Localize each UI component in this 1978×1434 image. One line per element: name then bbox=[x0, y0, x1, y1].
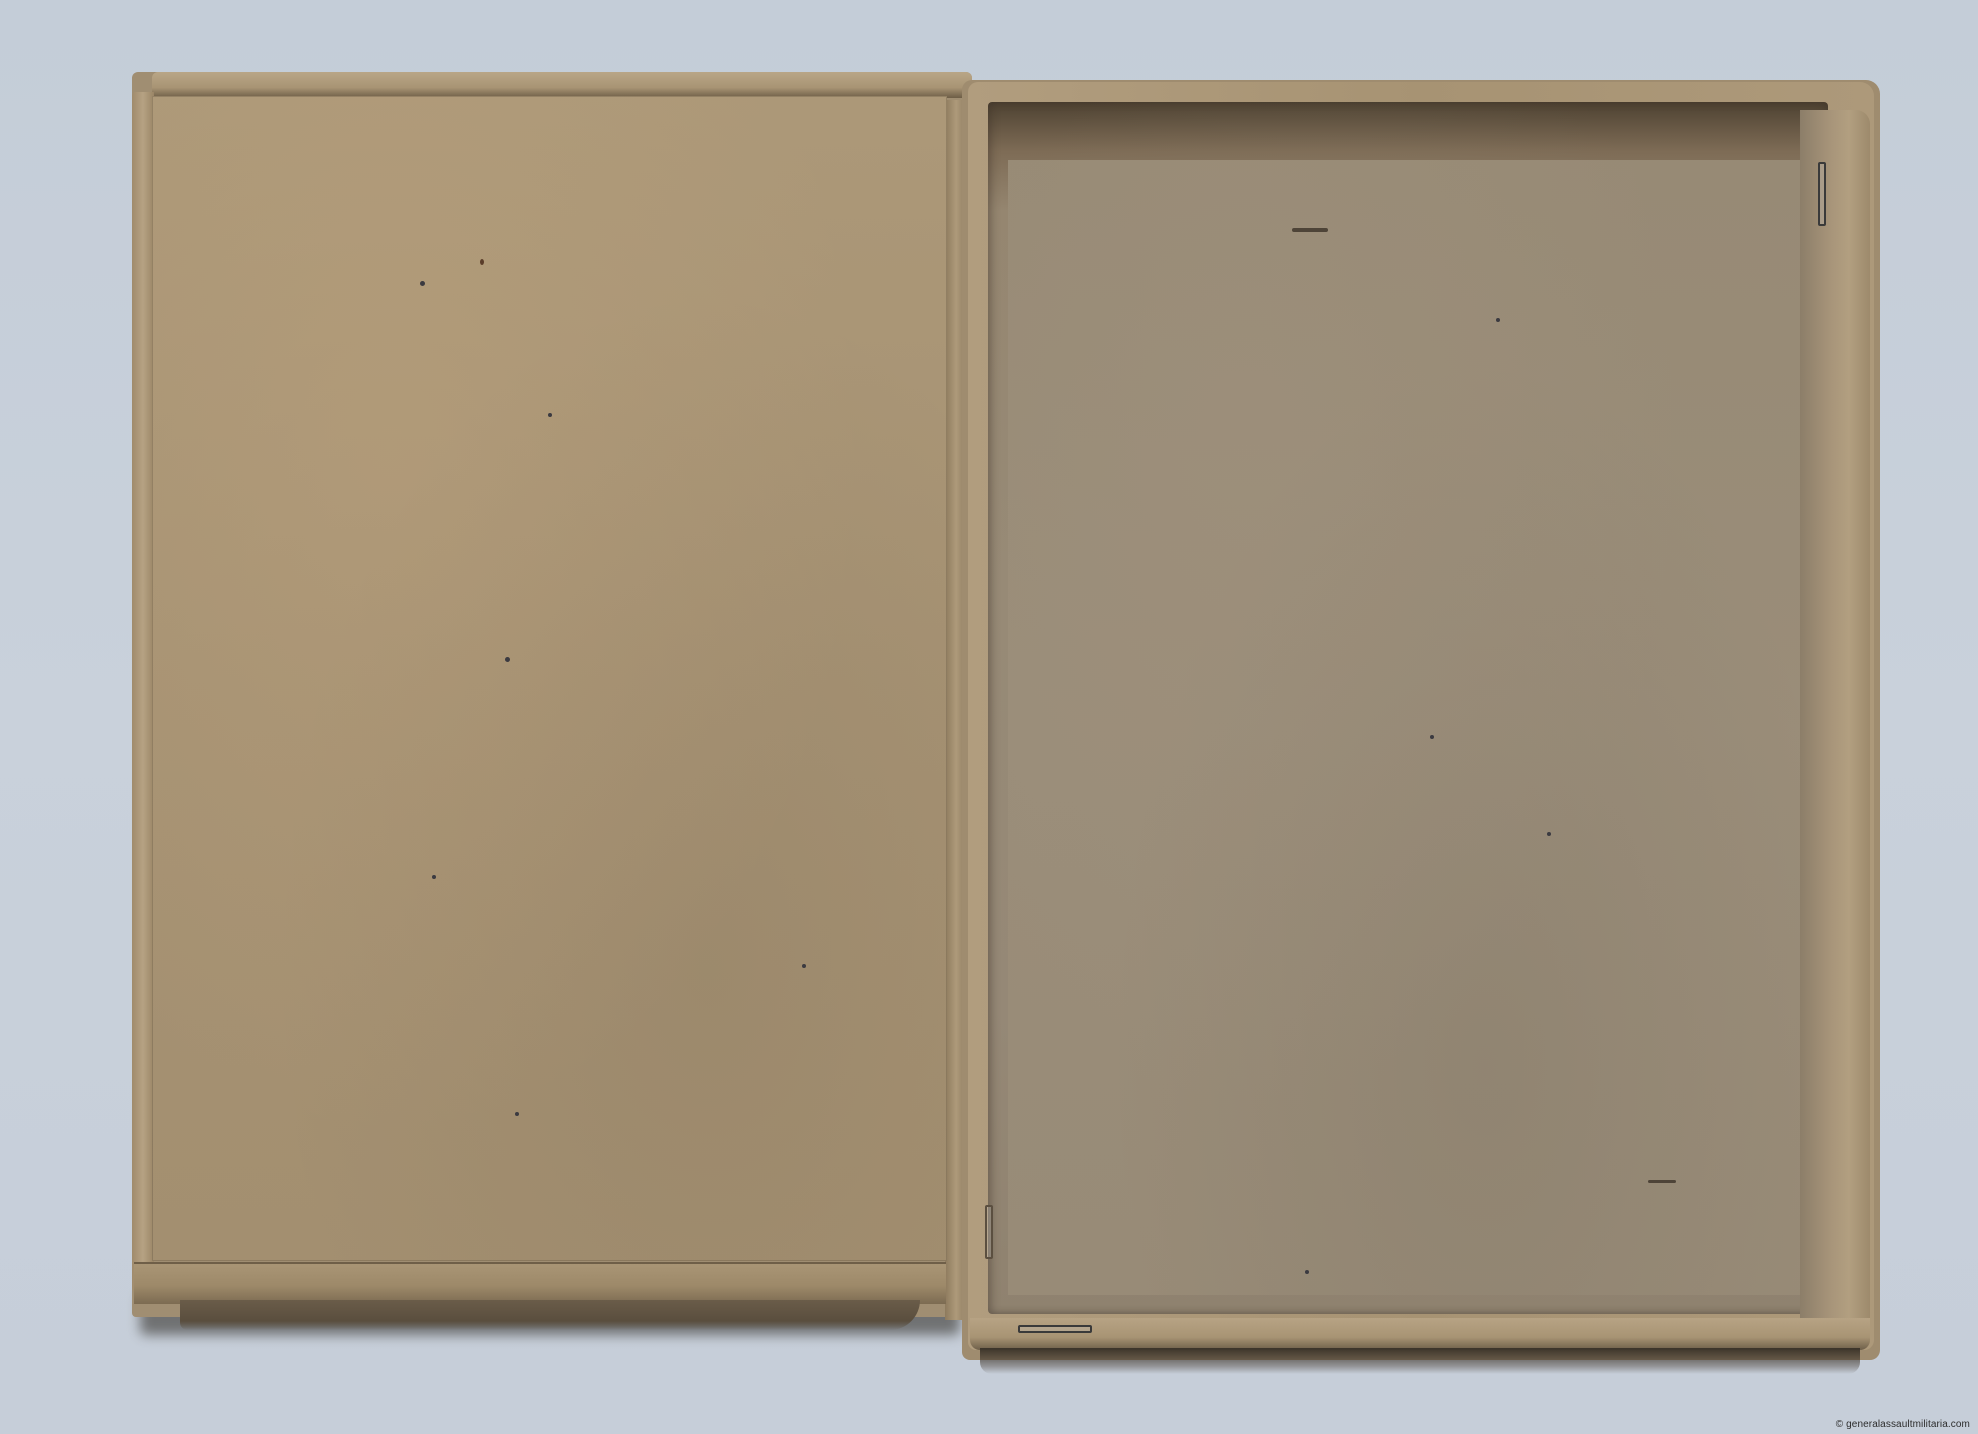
fiber-mark bbox=[1292, 228, 1328, 232]
speck bbox=[480, 259, 484, 265]
base-shadow bbox=[980, 1348, 1860, 1374]
photo-scene: © generalassaultmilitaria.com bbox=[0, 0, 1978, 1434]
staple bbox=[1818, 162, 1826, 226]
speck bbox=[505, 657, 510, 662]
base-floor bbox=[1008, 160, 1803, 1295]
lid-face bbox=[152, 96, 947, 1261]
speck bbox=[432, 875, 436, 879]
base-right-wall bbox=[1800, 110, 1870, 1340]
lid-top-edge bbox=[152, 72, 972, 98]
speck bbox=[515, 1112, 519, 1116]
copyright-watermark: © generalassaultmilitaria.com bbox=[1836, 1419, 1970, 1430]
staple bbox=[1018, 1325, 1092, 1333]
speck bbox=[548, 413, 552, 417]
lid-left-edge bbox=[132, 92, 154, 1292]
staple bbox=[985, 1205, 993, 1259]
speck bbox=[1430, 735, 1434, 739]
speck bbox=[1305, 1270, 1309, 1274]
lid-bottom-underside bbox=[180, 1300, 920, 1330]
speck bbox=[1496, 318, 1500, 322]
base-bottom-rim bbox=[970, 1318, 1870, 1350]
lid-bottom-flap bbox=[134, 1262, 946, 1304]
speck bbox=[420, 281, 425, 286]
speck bbox=[1547, 832, 1551, 836]
fiber-mark bbox=[1648, 1180, 1676, 1183]
speck bbox=[802, 964, 806, 968]
